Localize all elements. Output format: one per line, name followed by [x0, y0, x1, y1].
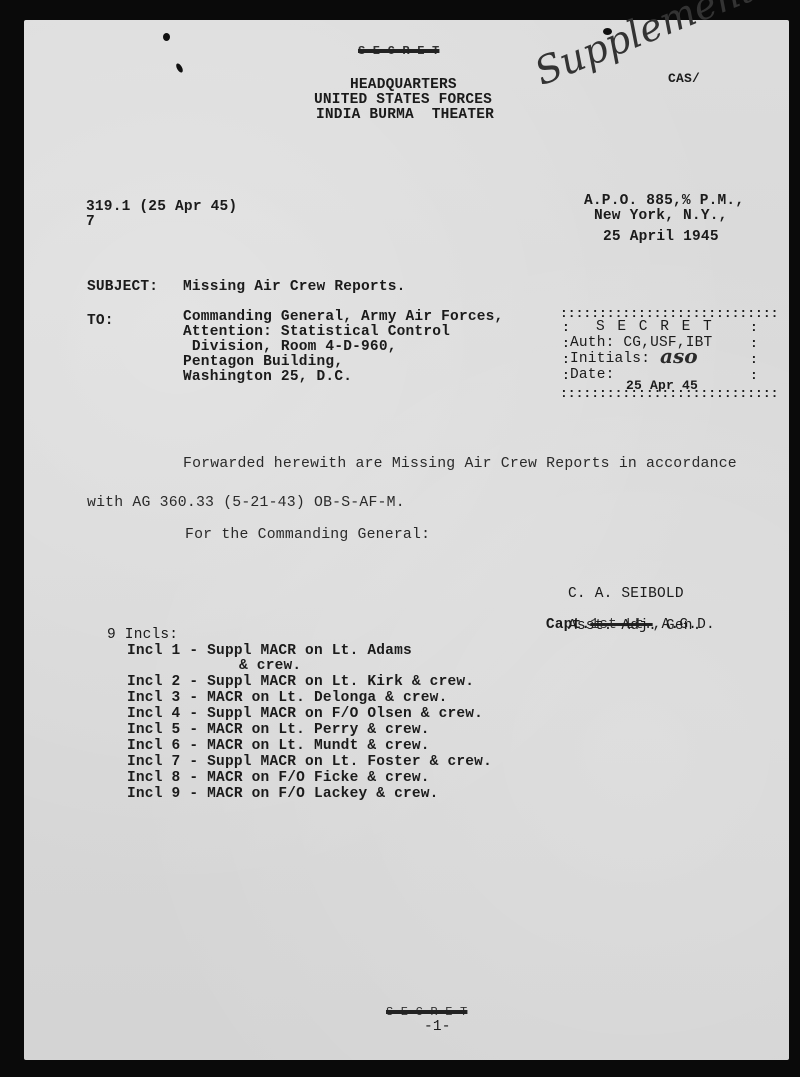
enclosure-item: Incl 9 - MACR on F/O Lackey & crew. — [127, 787, 439, 802]
to-line: Washington 25, D.C. — [183, 370, 352, 385]
enclosure-item: Incl 1 - Suppl MACR on Lt. Adams — [127, 644, 412, 659]
closing-line: For the Commanding General: — [185, 528, 430, 543]
signer-name: C. A. SEIBOLD — [568, 587, 684, 602]
to-line: Division, Room 4-D-960, — [183, 340, 397, 355]
to-label: TO: — [87, 314, 114, 329]
to-line: Commanding General, Army Air Forces, — [183, 310, 503, 325]
enclosure-item-continuation: & crew. — [239, 659, 301, 674]
secret-stamp: :::::::::::::::::::::::::::: :::: :::: :… — [560, 306, 760, 402]
ink-smudge — [163, 33, 170, 41]
classification-bottom: S-E-C-R-E-T — [386, 1005, 467, 1020]
enclosure-item: Incl 2 - Suppl MACR on Lt. Kirk & crew. — [127, 675, 474, 690]
initials-stamp: CAS/ — [668, 71, 700, 86]
enclosure-item: Incl 7 - Suppl MACR on Lt. Foster & crew… — [127, 755, 492, 770]
signer-title: Asst. Adj. Gen. — [568, 619, 702, 634]
enclosure-item: Incl 5 - MACR on Lt. Perry & crew. — [127, 723, 430, 738]
apo-address: A.P.O. 885,% P.M., — [584, 194, 744, 209]
enclosures-heading: 9 Incls: — [107, 628, 178, 643]
file-reference-sub: 7 — [86, 215, 95, 230]
stamp-date-value: 25 Apr 45 — [626, 378, 698, 393]
file-reference: 319.1 (25 Apr 45) — [86, 200, 237, 215]
enclosure-item: Incl 4 - Suppl MACR on F/O Olsen & crew. — [127, 707, 483, 722]
to-line: Attention: Statistical Control — [183, 325, 450, 340]
stamp-border-right: :::: — [750, 320, 758, 384]
org-line-1: HEADQUARTERS — [350, 78, 457, 93]
subject-value: Missing Air Crew Reports. — [183, 280, 406, 295]
stamp-initials-signature: aso — [660, 344, 698, 368]
stamp-border-left: :::: — [562, 320, 570, 384]
enclosure-item: Incl 6 - MACR on Lt. Mundt & crew. — [127, 739, 430, 754]
enclosure-item: Incl 8 - MACR on F/O Ficke & crew. — [127, 771, 430, 786]
stamp-date-label: Date: — [570, 368, 615, 383]
enclosure-item: Incl 3 - MACR on Lt. Delonga & crew. — [127, 691, 447, 706]
classification-top: S-E-C-R-E-T — [358, 44, 439, 59]
org-line-2: UNITED STATES FORCES — [314, 93, 492, 108]
body-paragraph-line-2: with AG 360.33 (5-21-43) OB-S-AF-M. — [87, 496, 405, 511]
subject-label: SUBJECT: — [87, 280, 158, 295]
org-line-3: INDIA BURMA THEATER — [316, 108, 494, 123]
to-line: Pentagon Building, — [183, 355, 343, 370]
stamp-title: S E C R E T — [596, 320, 714, 335]
body-paragraph-line-1: Forwarded herewith are Missing Air Crew … — [183, 457, 737, 472]
apo-city: New York, N.Y., — [594, 209, 728, 224]
stamp-initials-label: Initials: — [570, 352, 650, 367]
page-number: -1- — [424, 1020, 451, 1035]
letter-date: 25 April 1945 — [603, 230, 719, 245]
